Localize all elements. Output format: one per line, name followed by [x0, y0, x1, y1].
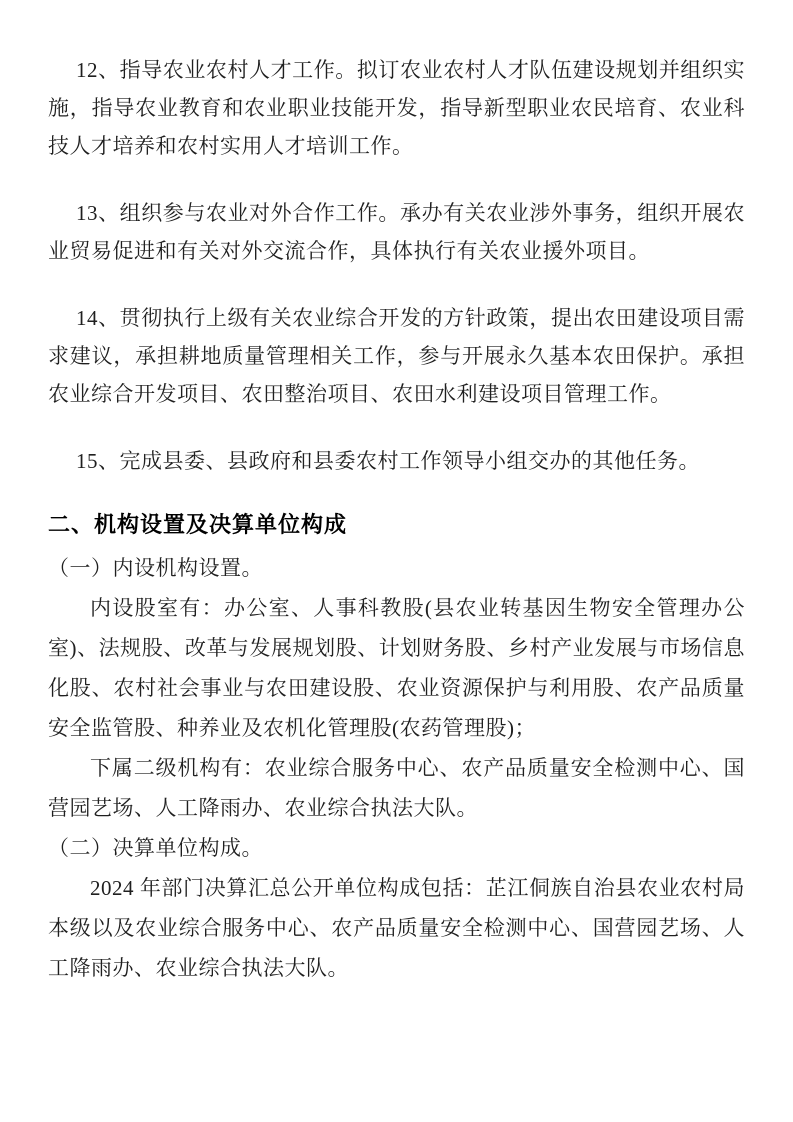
document-page: 12、指导农业农村人才工作。拟订农业农村人才队伍建设规划并组织实施，指导农业教育…: [0, 0, 793, 1122]
subsection-title-budget-units: （二）决算单位构成。: [48, 828, 745, 868]
duty-paragraph-14: 14、贯彻执行上级有关农业综合开发的方针政策，提出农田建设项目需求建议，承担耕地…: [48, 299, 745, 413]
subsection-title-internal-org: （一）内设机构设置。: [48, 548, 745, 588]
subordinate-units-paragraph: 下属二级机构有：农业综合服务中心、农产品质量安全检测中心、国营园艺场、人工降雨办…: [48, 748, 745, 828]
duty-paragraph-15: 15、完成县委、县政府和县委农村工作领导小组交办的其他任务。: [48, 442, 745, 480]
duty-paragraph-12: 12、指导农业农村人才工作。拟订农业农村人才队伍建设规划并组织实施，指导农业教育…: [48, 51, 745, 165]
duty-paragraph-13: 13、组织参与农业对外合作工作。承办有关农业涉外事务，组织开展农业贸易促进和有关…: [48, 194, 745, 270]
budget-units-composition-paragraph: 2024 年部门决算汇总公开单位构成包括：芷江侗族自治县农业农村局本级以及农业综…: [48, 868, 745, 988]
document-body: 12、指导农业农村人才工作。拟订农业农村人才队伍建设规划并组织实施，指导农业教育…: [0, 0, 793, 988]
internal-org-departments-paragraph: 内设股室有：办公室、人事科教股(县农业转基因生物安全管理办公室)、法规股、改革与…: [48, 588, 745, 748]
section-heading-org-structure: 二、机构设置及决算单位构成: [48, 508, 745, 541]
